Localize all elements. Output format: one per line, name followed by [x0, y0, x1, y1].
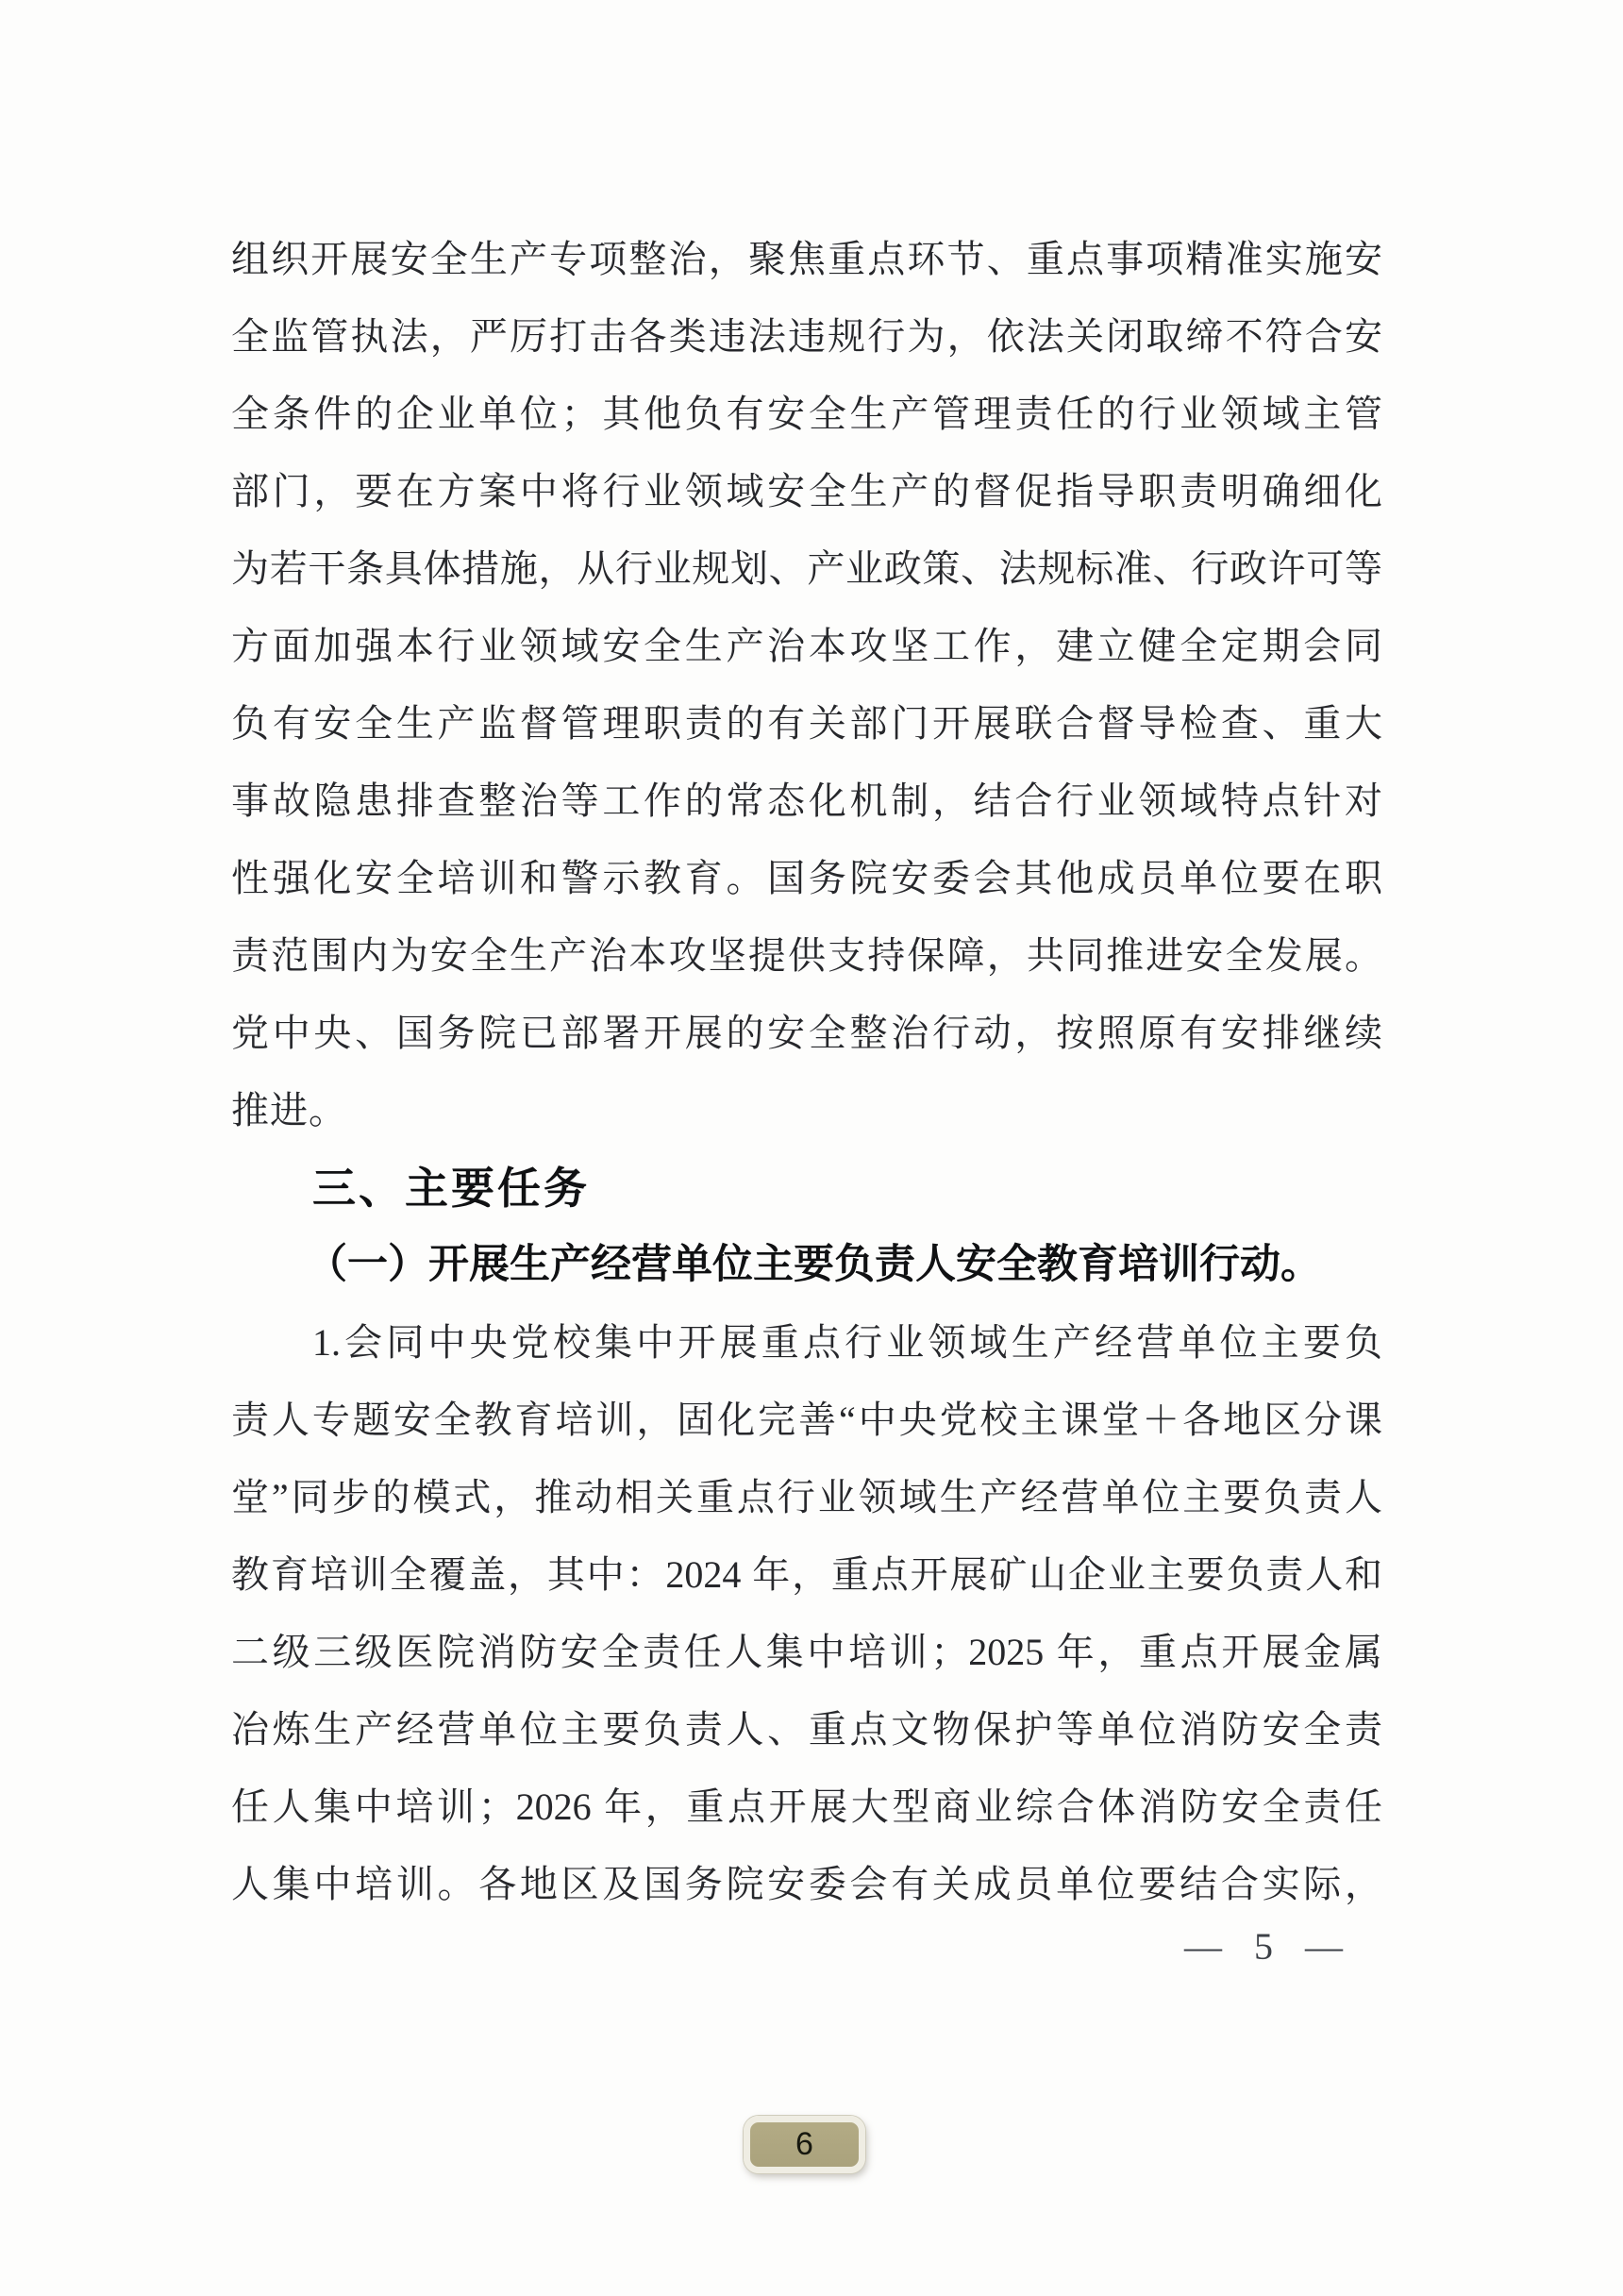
paragraph-continued: 组织开展安全生产专项整治，聚焦重点环节、重点事项精准实施安全监管执法，严厉打击各… — [231, 221, 1382, 1149]
text-line: 推进。 — [231, 1072, 1382, 1149]
text-line: 1.会同中央党校集中开展重点行业领域生产经营单位主要负 — [231, 1304, 1382, 1382]
page-number: — 5 — — [1175, 1908, 1364, 1986]
text-line: 堂”同步的模式，推动相关重点行业领域生产经营单位主要负责人 — [231, 1459, 1382, 1536]
badge-number: 6 — [795, 2126, 813, 2163]
text-line: 为若干条具体措施，从行业规划、产业政策、法规标准、行政许可等 — [231, 530, 1382, 608]
text-line: 任人集中培训；2026 年，重点开展大型商业综合体消防安全责任 — [231, 1768, 1382, 1846]
text-line: 全条件的企业单位；其他负有安全生产管理责任的行业领域主管 — [231, 376, 1382, 453]
text-line: 部门，要在方案中将行业领域安全生产的督促指导职责明确细化 — [231, 453, 1382, 530]
text-line: 负有安全生产监督管理职责的有关部门开展联合督导检查、重大 — [231, 685, 1382, 763]
text-line: 方面加强本行业领域安全生产治本攻坚工作，建立健全定期会同 — [231, 608, 1382, 685]
text-line: 二级三级医院消防安全责任人集中培训；2025 年，重点开展金属 — [231, 1614, 1382, 1691]
document-body: 组织开展安全生产专项整治，聚焦重点环节、重点事项精准实施安全监管执法，严厉打击各… — [231, 221, 1382, 1923]
text-line: 组织开展安全生产专项整治，聚焦重点环节、重点事项精准实施安 — [231, 221, 1382, 298]
text-line: 全监管执法，严厉打击各类违法违规行为，依法关闭取缔不符合安 — [231, 298, 1382, 376]
subsection-heading: （一）开展生产经营单位主要负责人安全教育培训行动。 — [231, 1227, 1382, 1304]
text-line: 冶炼生产经营单位主要负责人、重点文物保护等单位消防安全责 — [231, 1691, 1382, 1768]
text-line: 性强化安全培训和警示教育。国务院安委会其他成员单位要在职 — [231, 840, 1382, 917]
paragraph-item-1: 1.会同中央党校集中开展重点行业领域生产经营单位主要负责人专题安全教育培训，固化… — [231, 1304, 1382, 1923]
text-line: 责人专题安全教育培训，固化完善“中央党校主课堂＋各地区分课 — [231, 1382, 1382, 1459]
text-line: 事故隐患排查整治等工作的常态化机制，结合行业领域特点针对 — [231, 763, 1382, 840]
text-line: 教育培训全覆盖，其中：2024 年，重点开展矿山企业主要负责人和 — [231, 1536, 1382, 1614]
text-line: 责范围内为安全生产治本攻坚提供支持保障，共同推进安全发展。 — [231, 917, 1382, 995]
section-heading: 三、主要任务 — [231, 1149, 1382, 1227]
page-footer-badge: 6 — [744, 2116, 865, 2173]
document-page: 组织开展安全生产专项整治，聚焦重点环节、重点事项精准实施安全监管执法，严厉打击各… — [0, 0, 1623, 2296]
text-line: 党中央、国务院已部署开展的安全整治行动，按照原有安排继续 — [231, 995, 1382, 1072]
